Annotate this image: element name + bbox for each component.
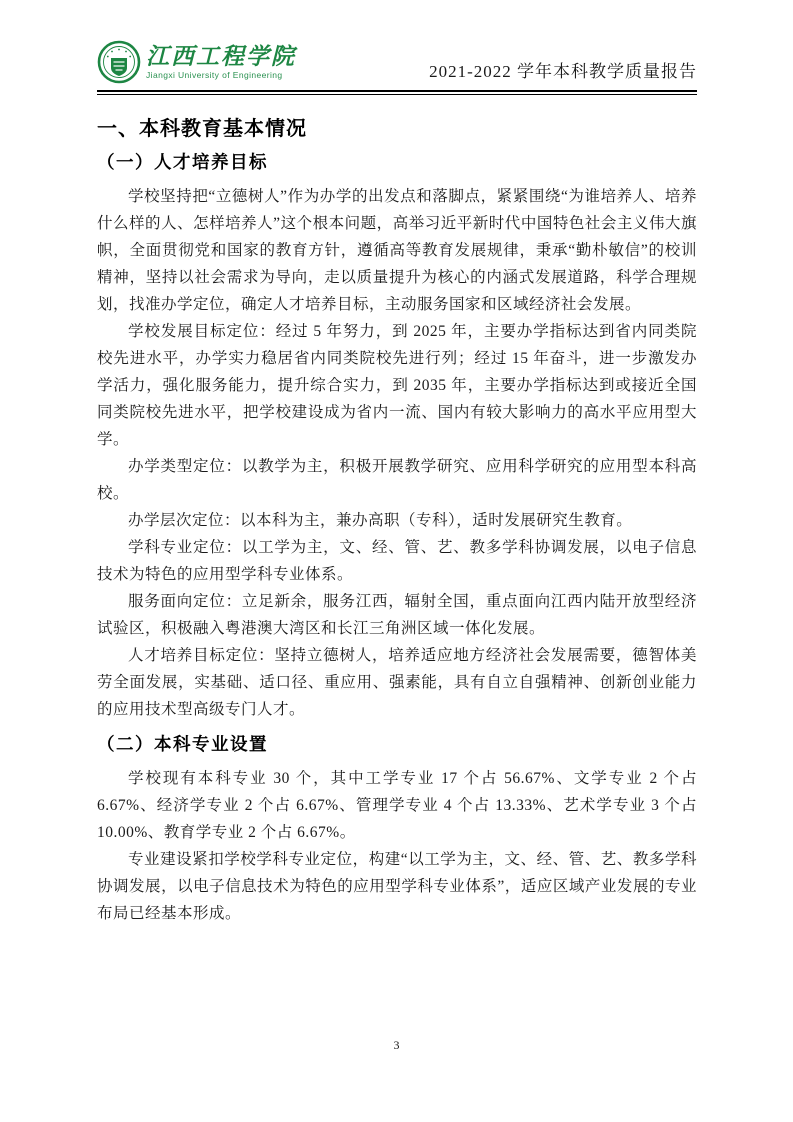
logo-names: 江西工程学院 Jiangxi University of Engineering [146,45,296,80]
header-row: 江西工程学院 Jiangxi University of Engineering… [97,40,697,90]
section-heading: （二）本科专业设置 [97,731,697,756]
paragraph: 人才培养目标定位：坚持立德树人，培养适应地方经济社会发展需要，德智体美劳全面发展… [97,642,697,723]
section-major-setup: （二）本科专业设置 学校现有本科专业 30 个，其中工学专业 17 个占 56.… [97,731,697,927]
paragraph: 学科专业定位：以工学为主，文、经、管、艺、教多学科协调发展，以电子信息技术为特色… [97,534,697,588]
section-talent-goals: （一）人才培养目标 学校坚持把“立德树人”作为办学的出发点和落脚点，紧紧围绕“为… [97,149,697,723]
paragraph: 学校坚持把“立德树人”作为办学的出发点和落脚点，紧紧围绕“为谁培养人、培养什么样… [97,183,697,318]
university-name-en: Jiangxi University of Engineering [146,71,296,80]
university-logo: 江西工程学院 Jiangxi University of Engineering [97,40,296,84]
paragraph: 办学层次定位：以本科为主，兼办高职（专科），适时发展研究生教育。 [97,507,697,534]
report-title: 2021-2022 学年本科教学质量报告 [429,57,697,84]
document-body: 一、本科教育基本情况 （一）人才培养目标 学校坚持把“立德树人”作为办学的出发点… [97,112,697,927]
page-header: 江西工程学院 Jiangxi University of Engineering… [97,40,697,95]
page-footer: 3 [0,1036,793,1054]
report-page: 江西工程学院 Jiangxi University of Engineering… [0,0,793,1122]
paragraph: 办学类型定位：以教学为主，积极开展教学研究、应用科学研究的应用型本科高校。 [97,453,697,507]
paragraph: 服务面向定位：立足新余，服务江西，辐射全国，重点面向江西内陆开放型经济试验区，积… [97,588,697,642]
paragraph: 学校发展目标定位：经过 5 年努力，到 2025 年，主要办学指标达到省内同类院… [97,318,697,453]
university-name-cn: 江西工程学院 [146,45,296,68]
page-number: 3 [394,1038,400,1052]
section-heading: （一）人才培养目标 [97,149,697,174]
paragraph: 专业建设紧扣学校学科专业定位，构建“以工学为主，文、经、管、艺、教多学科协调发展… [97,846,697,927]
chapter-title: 一、本科教育基本情况 [97,112,697,141]
paragraph: 学校现有本科专业 30 个，其中工学专业 17 个占 56.67%、文学专业 2… [97,765,697,846]
university-seal-icon [97,40,141,84]
header-double-rule [97,90,697,95]
